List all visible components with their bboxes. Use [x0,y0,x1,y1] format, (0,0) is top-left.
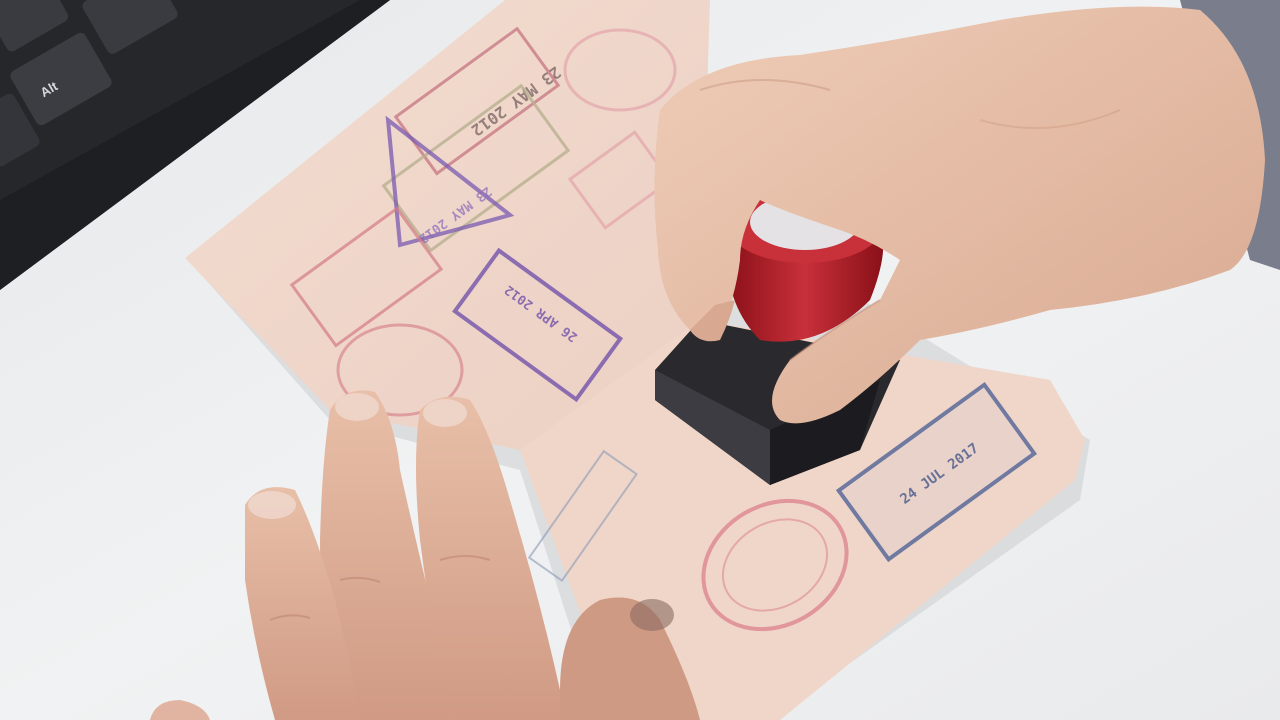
fingernail [423,399,467,427]
fingernail [335,393,379,421]
fingernail [630,599,674,631]
fingernail [248,491,296,519]
passport-stamping-photo: Alt 23 MAY 2012 23 MAY 2012 26 APR 2012 [0,0,1280,720]
